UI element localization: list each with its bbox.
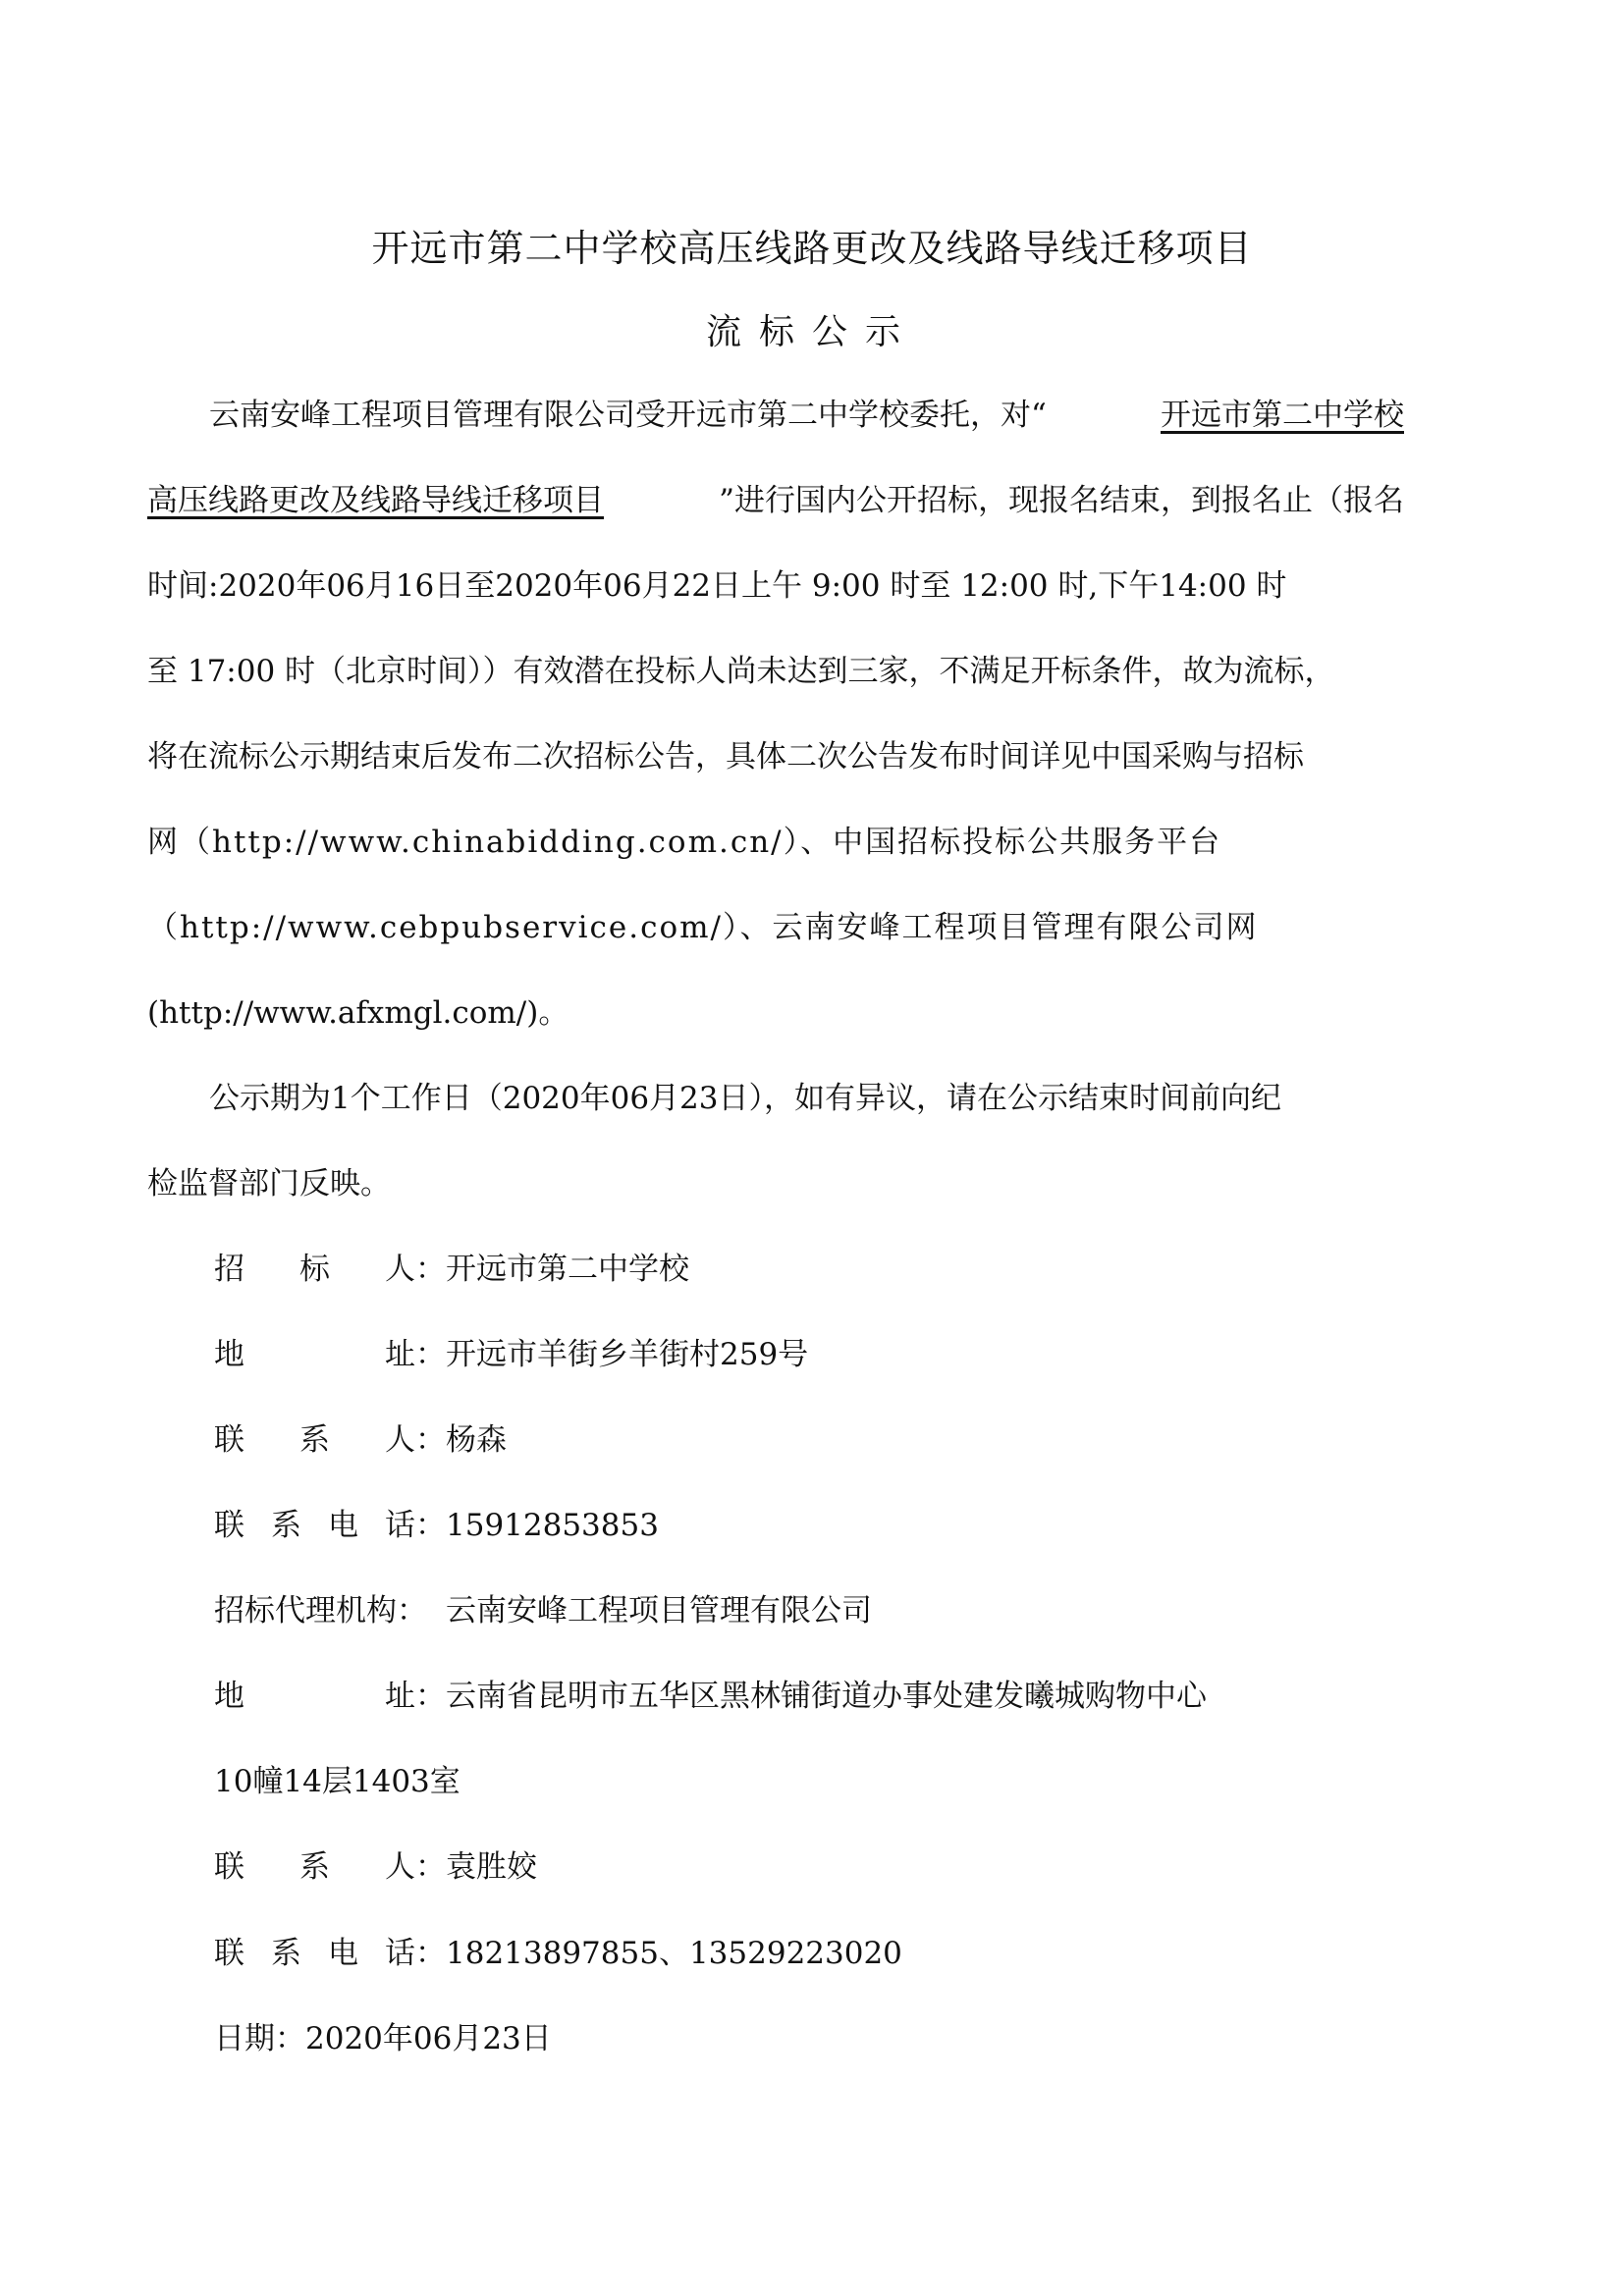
- contact-label: 联系电话：: [214, 1506, 446, 1545]
- date-row: 日期： 2020年06月23日: [214, 2019, 552, 2058]
- paragraph-line: 网（http://www.chinabidding.com.cn/）、中国招标投…: [147, 823, 1404, 862]
- contact-label: 联系电话：: [214, 1934, 446, 1973]
- contact-label: 联系人：: [214, 1847, 446, 1887]
- contact-row-contact-person: 联系人： 杨森: [214, 1420, 507, 1460]
- paragraph-line: 至 17:00 时（北京时间））有效潜在投标人尚未达到三家，不满足开标条件，故为…: [147, 652, 1404, 691]
- contact-row-agency: 招标代理机构： 云南安峰工程项目管理有限公司: [214, 1591, 872, 1630]
- contact-value: 10幢14层1403室: [214, 1762, 460, 1801]
- contact-row-address-cont: 10幢14层1403室: [214, 1762, 460, 1801]
- contact-value: 云南省昆明市五华区黑林铺街道办事处建发曦城购物中心: [446, 1677, 1207, 1716]
- contact-value: 云南安峰工程项目管理有限公司: [446, 1591, 872, 1630]
- document-title: 开远市第二中学校高压线路更改及线路导线迁移项目: [0, 218, 1624, 272]
- contact-value: 杨森: [446, 1420, 507, 1460]
- contact-value: 18213897855、13529223020: [446, 1934, 902, 1973]
- contact-label: 联系人：: [214, 1420, 446, 1460]
- contact-row-agency-contact: 联系人： 袁胜姣: [214, 1847, 537, 1887]
- paragraph-line: 公示期为1个工作日（2020年06月23日），如有异议，请在公示结束时间前向纪: [209, 1079, 1404, 1118]
- paragraph-line: 检监督部门反映。: [147, 1164, 1404, 1203]
- contact-label: 招标代理机构：: [214, 1591, 446, 1630]
- project-name-underlined: 高压线路更改及线路导线迁移项目: [147, 481, 604, 520]
- contact-value: 开远市第二中学校: [446, 1250, 689, 1289]
- project-name-underlined: 开远市第二中学校: [1161, 396, 1404, 435]
- paragraph-line: （http://www.cebpubservice.com/）、云南安峰工程项目…: [147, 908, 1404, 947]
- paragraph-line: 时间:2020年06月16日至2020年06月22日上午 9:00 时至 12:…: [147, 566, 1404, 606]
- date-value: 2020年06月23日: [305, 2019, 552, 2058]
- contact-row-agency-phone: 联系电话： 18213897855、13529223020: [214, 1934, 902, 1973]
- contact-value: 15912853853: [446, 1506, 659, 1545]
- contact-row-address: 地址： 开远市羊街乡羊街村259号: [214, 1335, 808, 1374]
- paragraph-line: 将在流标公示期结束后发布二次招标公告，具体二次公告发布时间详见中国采购与招标: [147, 737, 1404, 776]
- contact-label: 地址：: [214, 1335, 446, 1374]
- contact-row-tenderer: 招标人： 开远市第二中学校: [214, 1250, 689, 1289]
- contact-value: 开远市羊街乡羊街村259号: [446, 1335, 808, 1374]
- contact-label: 招标人：: [214, 1250, 446, 1289]
- contact-value: 袁胜姣: [446, 1847, 537, 1887]
- paragraph-line: 云南安峰工程项目管理有限公司受开远市第二中学校委托，对“ 开远市第二中学校: [209, 396, 1404, 435]
- paragraph-line: (http://www.afxmgl.com/)。: [147, 993, 1404, 1033]
- date-label: 日期：: [214, 2019, 305, 2058]
- document-subtitle: 流标公示: [0, 304, 1624, 354]
- contact-row-agency-address: 地址： 云南省昆明市五华区黑林铺街道办事处建发曦城购物中心: [214, 1677, 1207, 1716]
- contact-row-phone: 联系电话： 15912853853: [214, 1506, 659, 1545]
- contact-label: 地址：: [214, 1677, 446, 1716]
- paragraph-line: 高压线路更改及线路导线迁移项目 ”进行国内公开招标，现报名结束，到报名止（报名: [147, 481, 1404, 520]
